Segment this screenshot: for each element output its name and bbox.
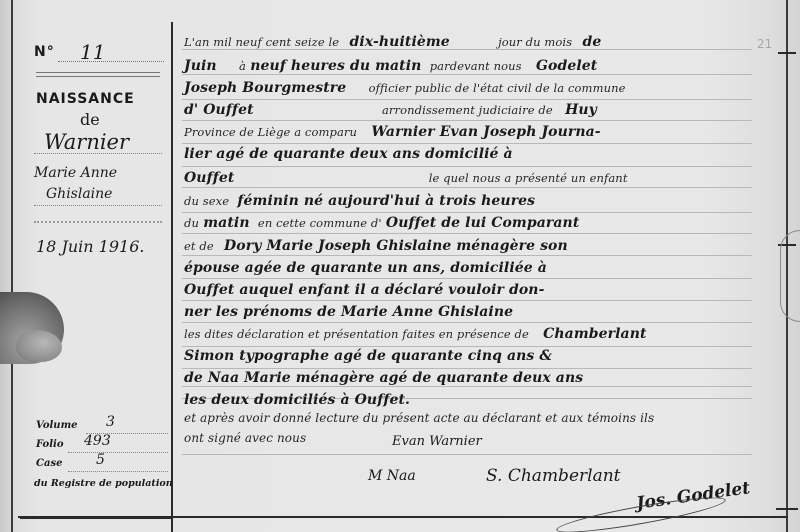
folio-label: Folio — [36, 439, 64, 450]
body-line-6: lier agé de quarante deux ans domicilié … — [184, 146, 764, 162]
child-surname: Warnier — [44, 130, 129, 154]
right-border-tick-top — [778, 52, 796, 54]
margin-bottom-rule — [20, 518, 172, 519]
ruled-line — [182, 212, 752, 213]
ruled-line — [182, 99, 752, 100]
body-line-9: du matin en cette commune d' Ouffet de l… — [184, 215, 764, 231]
ruled-line — [182, 322, 752, 323]
left-page-border — [11, 0, 13, 532]
ruled-line — [182, 278, 752, 279]
body-line-15: Simon typographe agé de quarante cinq an… — [184, 348, 764, 364]
given-names-underline — [34, 204, 162, 206]
body-line-10: et de Dory Marie Joseph Ghislaine ménagè… — [184, 238, 764, 254]
margin-double-rule — [34, 220, 162, 223]
birth-date: 18 Juin 1916. — [36, 237, 144, 256]
volume-label: Volume — [36, 420, 78, 431]
signature-declarant: Evan Warnier — [392, 434, 482, 449]
volume-value: 3 — [106, 414, 115, 430]
case-value: 5 — [96, 452, 105, 468]
double-rule — [36, 72, 160, 77]
ruled-line — [182, 74, 752, 75]
child-given-names-1: Marie Anne — [34, 165, 117, 181]
body-line-8: du sexe féminin né aujourd'hui à trois h… — [184, 193, 764, 209]
ruled-line — [182, 233, 752, 234]
de-label: de — [80, 110, 100, 129]
signature-witness-2: S. Chamberlant — [486, 466, 620, 486]
body-line-11: épouse agée de quarante un ans, domicili… — [184, 260, 764, 276]
body-line-4: d' Ouffet arrondissement judiciaire de H… — [184, 102, 764, 118]
body-line-12: Ouffet auquel enfant il a déclaré vouloi… — [184, 282, 764, 298]
ruled-line — [182, 166, 752, 167]
ruled-line — [182, 346, 752, 347]
ruled-line — [182, 300, 752, 301]
official-stamp: Province — [780, 230, 800, 322]
body-line-16: de Naa Marie ménagère agé de quarante de… — [184, 370, 764, 386]
body-line-17: les deux domiciliés à Ouffet. — [184, 392, 764, 408]
body-line-13: ner les prénoms de Marie Anne Ghislaine — [184, 304, 764, 320]
surname-underline — [34, 152, 162, 154]
number-underline — [58, 61, 164, 62]
folio-underline — [68, 451, 168, 453]
body-line-5: Province de Liège a comparu Warnier Evan… — [184, 124, 764, 140]
body-line-2: Juin à neuf heures du matin pardevant no… — [184, 58, 764, 74]
signature-witness-1: M Naa — [368, 468, 416, 484]
child-given-names-2: Ghislaine — [46, 186, 112, 202]
ruled-line — [182, 454, 752, 455]
ruled-line — [182, 143, 752, 144]
right-border-tick-bottom — [776, 508, 798, 510]
thumbnail — [16, 330, 62, 362]
ruled-line — [182, 368, 752, 369]
section-title: NAISSANCE — [36, 91, 135, 107]
ruled-line — [182, 187, 752, 188]
folio-value: 493 — [84, 433, 111, 449]
body-line-1: L'an mil neuf cent seize le dix-huitième… — [184, 34, 764, 50]
ruled-line — [182, 386, 752, 387]
body-line-18: et après avoir donné lecture du présent … — [184, 411, 764, 426]
margin-column-divider — [171, 22, 173, 532]
body-line-14: les dites déclaration et présentation fa… — [184, 326, 764, 342]
scanned-document-page: 21 N° 11 NAISSANCE de Warnier Marie Anne… — [0, 0, 800, 532]
ruled-line — [182, 255, 752, 256]
body-line-3: Joseph Bourgmestre officier public de l'… — [184, 80, 764, 96]
case-label: Case — [36, 458, 62, 469]
number-label: N° — [34, 44, 55, 60]
register-footer: du Registre de population — [34, 478, 173, 489]
body-line-7: Ouffet le quel nous a présenté un enfant — [184, 170, 764, 186]
ruled-line — [182, 120, 752, 121]
case-underline — [68, 470, 168, 472]
